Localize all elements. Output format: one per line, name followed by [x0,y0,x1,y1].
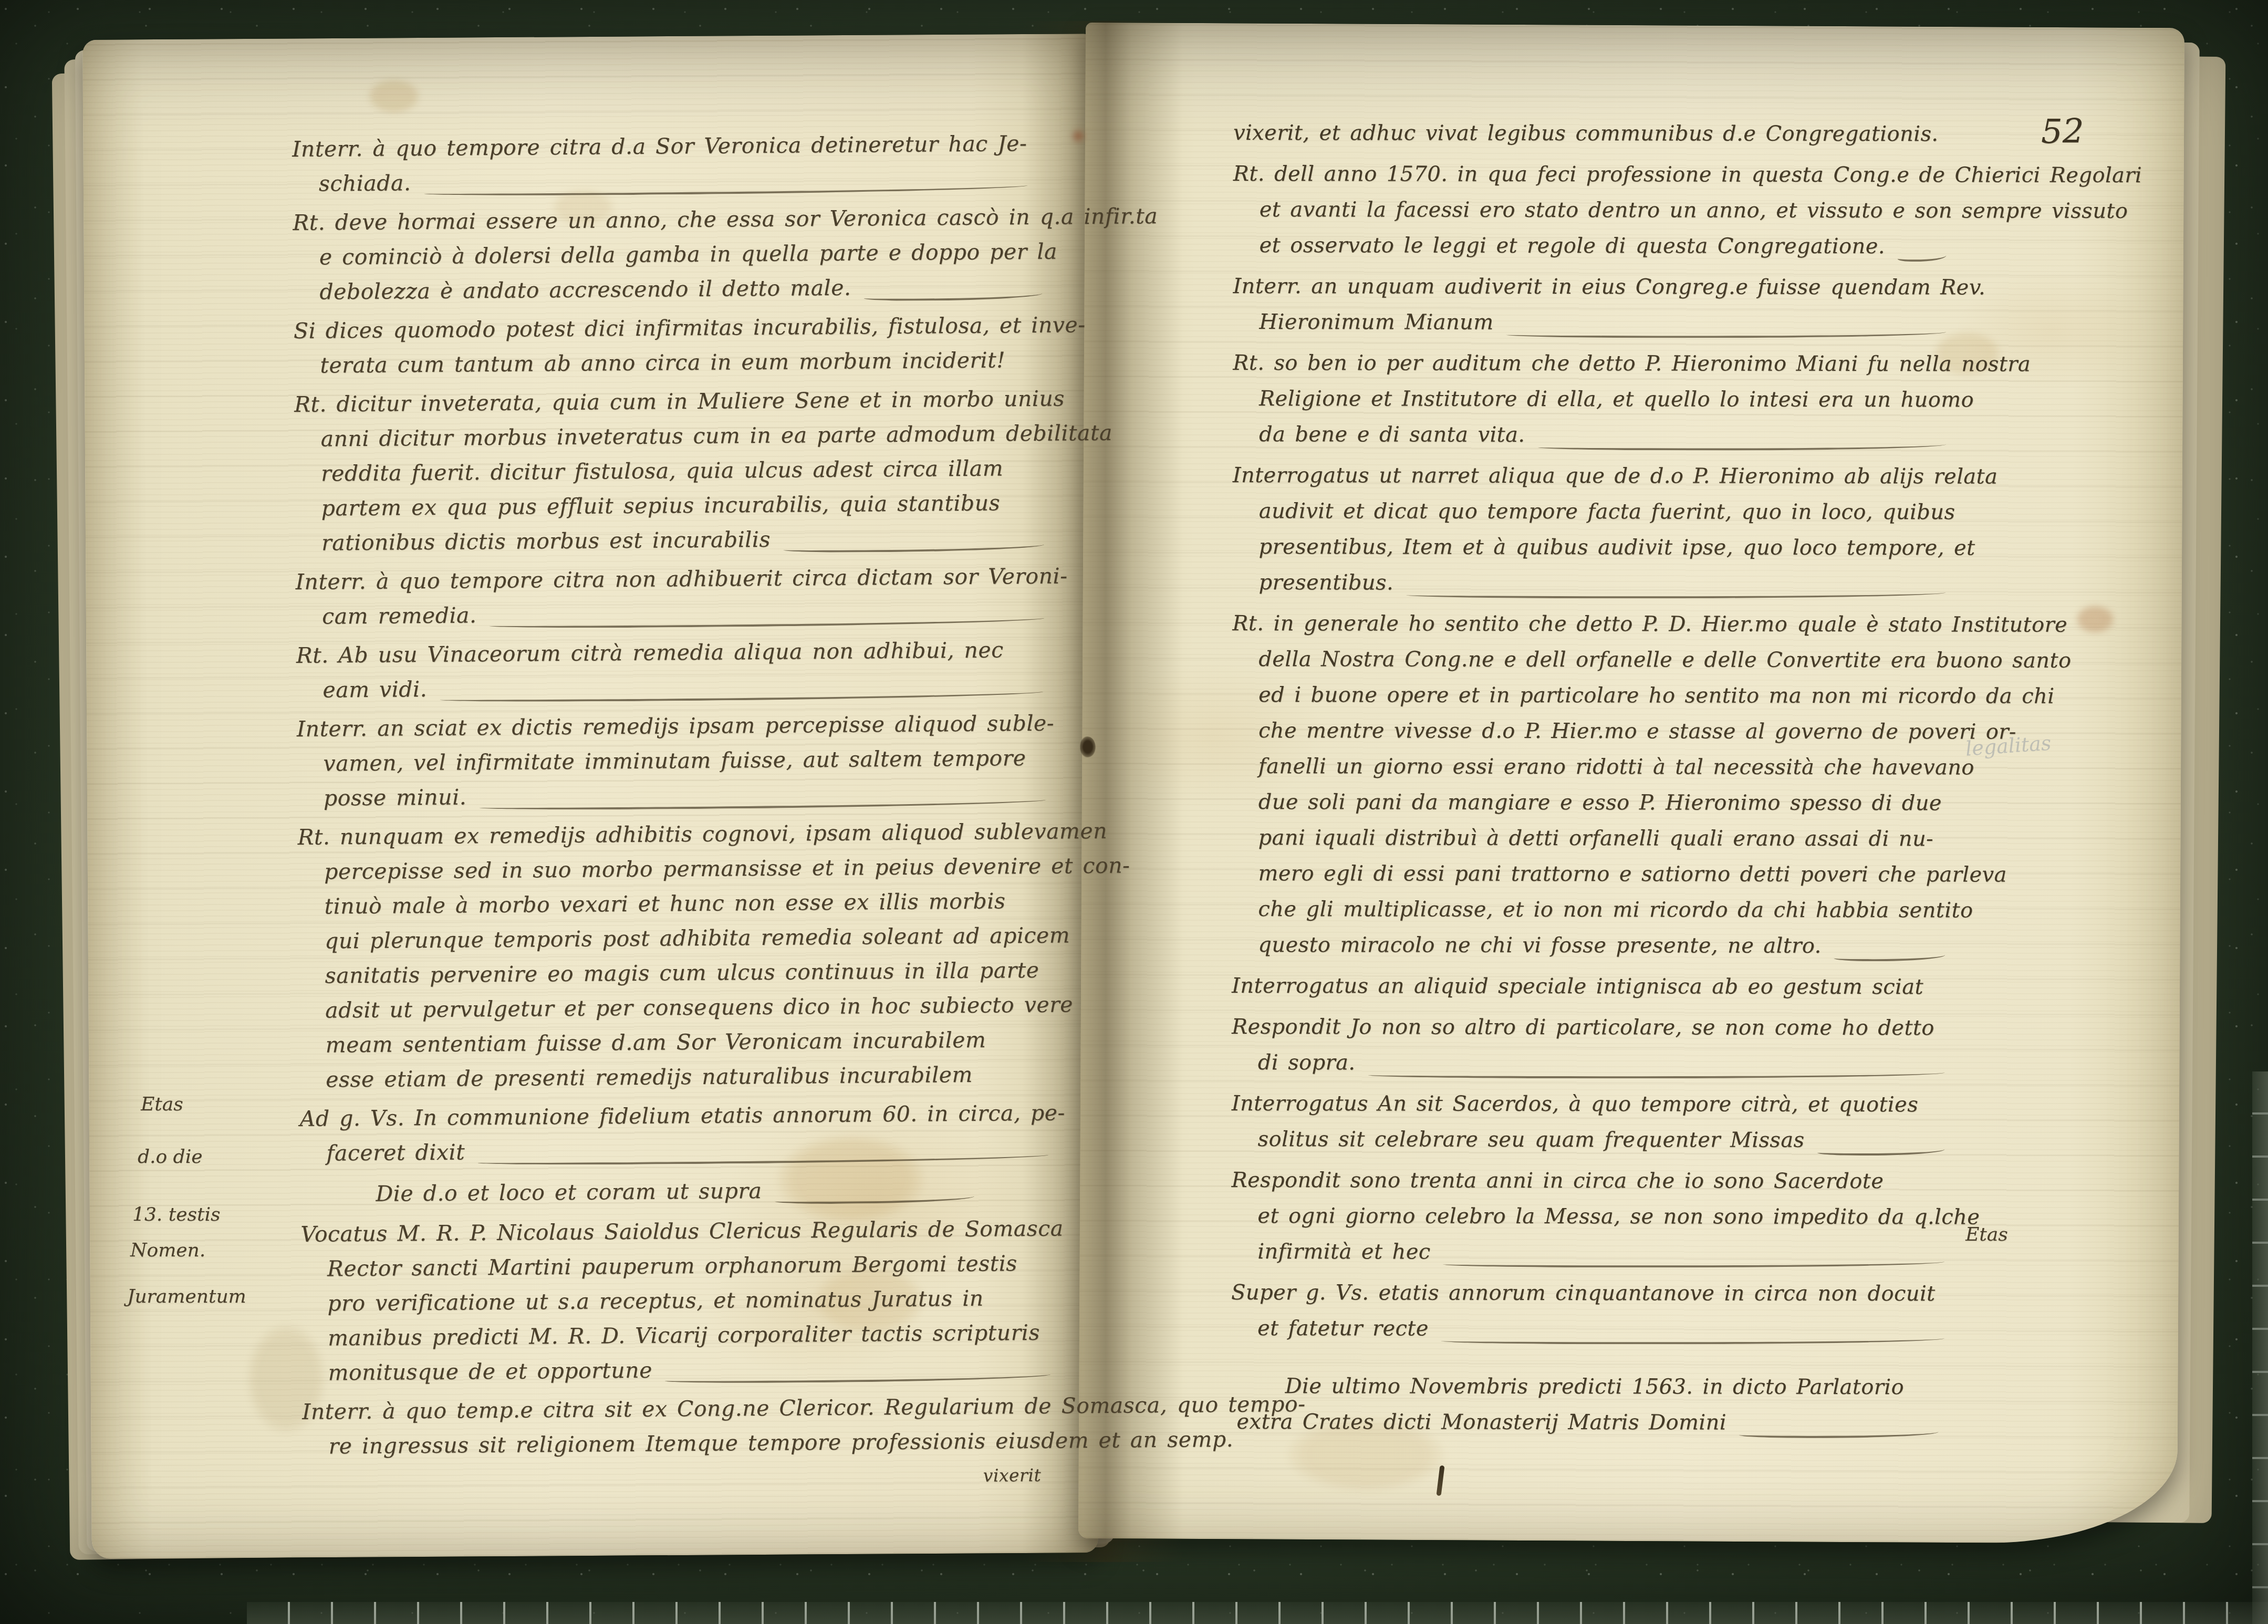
flourish-rule [1406,588,1946,599]
manuscript-line: Ad g. Vs. In communione fidelium etatis … [300,1100,1063,1141]
manuscript-line: Rt. nunquam ex remedijs adhibitis cognov… [297,819,1060,859]
manuscript-line: Die ultimo Novembris predicti 1563. in d… [1231,1374,1958,1411]
manuscript-line: Rt. dell anno 1570. in qua feci professi… [1233,162,1960,199]
manuscript-line-text: Respondit sono trenta anni in circa che … [1231,1168,1884,1193]
manuscript-line: sanitatis pervenire eo magis cum ulcus c… [298,957,1061,998]
manuscript-line-text: Vocatus M. R. P. Nicolaus Saioldus Cleri… [300,1216,1064,1247]
left-margin-note: d.o die [138,1146,202,1168]
manuscript-line: presentibus. [1232,570,1959,607]
manuscript-line: Vocatus M. R. P. Nicolaus Saioldus Cleri… [300,1216,1063,1256]
flourish-rule [783,540,1044,553]
flourish-rule [774,1192,974,1204]
manuscript-line: fanelli un giorno essi erano ridotti à t… [1232,754,1959,791]
manuscript-line-text: manibus predicti M. R. D. Vicarij corpor… [328,1320,1040,1351]
manuscript-line-text: Interr. à quo tempore citra d.a Sor Vero… [292,131,1027,162]
manuscript-line-text: Interrogatus ut narret aliqua que de d.o… [1233,463,1998,489]
manuscript-line: infirmità et hec [1231,1240,1958,1276]
manuscript-line-text: Hieronimum Mianum [1259,310,1493,335]
manuscript-line: esse etiam de presenti remedijs naturali… [299,1061,1062,1102]
manuscript-line-text: et fatetur recte [1257,1316,1429,1341]
flourish-rule [1441,1334,1944,1345]
manuscript-line-text: da bene e di santa vita. [1259,422,1525,447]
manuscript-line: Rt. deve hormai essere un anno, che essa… [293,204,1055,245]
left-margin-note: Juramentum [127,1286,246,1307]
manuscript-line: et avanti la facessi ero stato dentro un… [1233,197,1960,234]
manuscript-line: Rt. so ben io per auditum che detto P. H… [1233,351,1960,388]
manuscript-line: tinuò male à morbo vexari et hunc non es… [298,888,1060,929]
manuscript-line-text: questo miracolo ne chi vi fosse presente… [1258,933,1822,958]
manuscript-line-text: rationibus dictis morbus est incurabilis [321,527,771,556]
manuscript-line: cam remedia. [296,598,1058,639]
manuscript-line-text: Respondit Jo non so altro di particolare… [1232,1015,1934,1040]
manuscript-line: partem ex qua pus effluit sepius incurab… [295,490,1057,530]
flourish-rule [863,289,1042,301]
right-page-text: vixerit, et adhuc vivat legibus communib… [1231,116,1960,1446]
manuscript-line-text: Rt. dicitur inveterata, quia cum in Muli… [294,386,1065,417]
manuscript-line-text: presentibus, Item et à quibus audivit ip… [1259,535,1975,560]
manuscript-line-text: reddita fuerit. dicitur fistulosa, quia … [321,455,1003,486]
manuscript-line-text: Die ultimo Novembris predicti 1563. in d… [1285,1374,1904,1399]
manuscript-line: schiada. [293,165,1055,206]
manuscript-line: Rt. in generale ho sentito che detto P. … [1232,611,1959,648]
manuscript-line-text: vamen, vel infirmitate imminutam fuisse,… [323,745,1026,776]
manuscript-line-text: qui plerunque temporis post adhibita rem… [325,922,1070,953]
manuscript-line: Si dices quomodo potest dici infirmitas … [294,313,1056,353]
manuscript-line: Interrogatus An sit Sacerdos, à quo temp… [1232,1091,1959,1128]
manuscript-line-text: Ad g. Vs. In communione fidelium etatis … [300,1100,1065,1131]
manuscript-line: Interrogatus an aliquid speciale intigni… [1232,974,1959,1011]
manuscript-line: vamen, vel infirmitate imminutam fuisse,… [297,745,1059,786]
manuscript-line: percepisse sed in suo morbo permansisse … [298,853,1060,894]
manuscript-line: faceret dixit [300,1135,1063,1175]
manuscript-line-text: Rt. in generale ho sentito che detto P. … [1232,611,2067,637]
manuscript-line-text: che gli multiplicasse, et io non mi rico… [1258,897,1973,922]
manuscript-line: terata cum tantum ab anno circa in eum m… [294,347,1056,388]
manuscript-line: monitusque de et opportune [301,1355,1064,1395]
manuscript-line: Religione et Institutore di ella, et que… [1233,387,1960,423]
flourish-rule [1443,1257,1945,1268]
manuscript-line: Interr. an unquam audiverit in eius Cong… [1233,274,1960,311]
manuscript-line-text: pro verificatione ut s.a receptus, et no… [327,1286,984,1316]
manuscript-line-text: audivit et dicat quo tempore facta fueri… [1259,499,1955,524]
flourish-rule [479,796,1046,810]
right-margin-note: Etas [1965,1224,2008,1245]
manuscript-line: et ogni giorno celebro la Messa, se non … [1231,1204,1958,1241]
manuscript-line-text: esse etiam de presenti remedijs naturali… [326,1062,973,1092]
flourish-rule [665,1370,1051,1384]
bottom-measuring-scale [247,1602,2268,1624]
manuscript-line-text: mero egli di essi pani trattorno e satio… [1258,861,2006,887]
flourish-rule [477,1151,1049,1166]
manuscript-line-text: Super g. Vs. etatis annorum cinquantanov… [1231,1281,1936,1306]
manuscript-photo: Interr. à quo tempore citra d.a Sor Vero… [0,0,2268,1624]
manuscript-line: che gli multiplicasse, et io non mi rico… [1232,897,1959,934]
manuscript-line-text: ed i buone opere et in particolare ho se… [1258,683,2054,709]
manuscript-line: meam sententiam fuisse d.am Sor Veronica… [299,1027,1062,1067]
manuscript-line: manibus predicti M. R. D. Vicarij corpor… [301,1320,1064,1360]
manuscript-line-text: et ogni giorno celebro la Messa, se non … [1257,1204,1980,1229]
manuscript-line: e cominciò à dolersi della gamba in quel… [293,239,1056,279]
manuscript-line: pro verificatione ut s.a receptus, et no… [301,1285,1064,1326]
manuscript-line: audivit et dicat quo tempore facta fueri… [1233,499,1960,536]
manuscript-line: solitus sit celebrare seu quam frequente… [1232,1127,1959,1164]
manuscript-line-text: Interr. à quo tempore citra non adhibuer… [296,563,1068,595]
manuscript-line-text: partem ex qua pus effluit sepius incurab… [321,490,1000,520]
manuscript-line: Interr. à quo tempore citra non adhibuer… [296,564,1058,604]
manuscript-line-text: extra Crates dicti Monasterij Matris Dom… [1236,1410,1726,1435]
manuscript-line: Respondit Jo non so altro di particolare… [1232,1015,1959,1052]
manuscript-line: da bene e di santa vita. [1233,422,1960,459]
manuscript-line-text: vixerit, et adhuc vivat legibus communib… [1233,121,1939,146]
manuscript-line-text: e cominciò à dolersi della gamba in quel… [319,239,1057,270]
manuscript-line-text: Interr. an sciat ex dictis remedijs ipsa… [297,711,1054,742]
manuscript-line: extra Crates dicti Monasterij Matris Dom… [1231,1410,1958,1446]
manuscript-line-text: Si dices quomodo potest dici infirmitas … [294,312,1086,343]
manuscript-line-text: Religione et Institutore di ella, et que… [1259,387,1974,412]
manuscript-line-text: monitusque de et opportune [328,1358,652,1386]
manuscript-line-text: presentibus. [1258,570,1393,595]
left-margin-note: Etas [141,1094,183,1115]
manuscript-line: che mentre vivesse d.o P. Hier.mo e stas… [1232,719,1959,755]
flourish-rule [440,688,1044,703]
manuscript-line-text: fanelli un giorno essi erano ridotti à t… [1258,754,1974,779]
manuscript-line: Respondit sono trenta anni in circa che … [1231,1168,1958,1205]
flourish-rule [1506,327,1947,338]
manuscript-line-text: di sopra. [1258,1050,1356,1075]
left-margin-note: 13. testis [132,1204,220,1225]
manuscript-line: Super g. Vs. etatis annorum cinquantanov… [1231,1281,1958,1317]
manuscript-line: re ingressus sit religionem Itemque temp… [302,1428,1065,1469]
manuscript-line-text: Rt. so ben io per auditum che detto P. H… [1233,351,2031,377]
right-measuring-scale [2252,1071,2268,1624]
manuscript-line: eam vidi. [296,672,1059,712]
manuscript-line: rationibus dictis morbus est incurabilis [295,525,1058,565]
manuscript-line-text: Die d.o et loco et coram ut supra [376,1178,762,1206]
manuscript-line: Rector sancti Martini pauperum orphanoru… [301,1251,1064,1291]
manuscript-line: ed i buone opere et in particolare ho se… [1232,683,1959,720]
manuscript-line-text: che mentre vivesse d.o P. Hier.mo e stas… [1258,719,2016,744]
flourish-rule [1834,951,1946,961]
manuscript-line-text: Rt. nunquam ex remedijs adhibitis cognov… [297,818,1107,850]
manuscript-line-text: cam remedia. [322,602,477,629]
manuscript-line: pani iquali distribuì à detti orfanelli … [1232,826,1959,862]
manuscript-line-text: due soli pani da mangiare e esso P. Hier… [1258,790,1942,815]
manuscript-line: Hieronimum Mianum [1233,310,1960,347]
manuscript-line-text: della Nostra Cong.ne e dell orfanelle e … [1258,647,2071,673]
manuscript-line-text: faceret dixit [326,1139,465,1165]
left-page-text: Interr. à quo tempore citra d.a Sor Vero… [292,127,1065,1498]
manuscript-line-text: pani iquali distribuì à detti orfanelli … [1258,826,1934,851]
manuscript-line-text: schiada. [319,170,411,196]
flourish-rule [1537,440,1946,451]
manuscript-line-text: Rt. dell anno 1570. in qua feci professi… [1233,162,2142,188]
manuscript-line-text: Interrogatus an aliquid speciale intigni… [1232,974,1923,999]
manuscript-line-text: adsit ut pervulgetur et per consequens d… [325,992,1073,1023]
flourish-rule [1368,1067,1944,1079]
manuscript-line: et fatetur recte [1231,1316,1958,1353]
manuscript-line: Interr. an sciat ex dictis remedijs ipsa… [297,711,1059,751]
ink-blot [1080,736,1096,757]
manuscript-line: Interrogatus ut narret aliqua que de d.o… [1233,463,1960,500]
manuscript-line-text: et avanti la facessi ero stato dentro un… [1260,197,2128,223]
flourish-rule [1739,1428,1939,1439]
manuscript-line: posse minui. [297,780,1060,820]
manuscript-line-text: sanitatis pervenire eo magis cum ulcus c… [325,957,1039,988]
manuscript-line-text: Interrogatus An sit Sacerdos, à quo temp… [1232,1091,1918,1117]
flourish-rule [1898,251,1947,262]
flourish-rule [423,181,1027,196]
manuscript-line: Rt. dicitur inveterata, quia cum in Muli… [294,386,1057,426]
manuscript-line-text: Interr. an unquam audiverit in eius Cong… [1233,274,1985,300]
manuscript-line-text: meam sententiam fuisse d.am Sor Veronica… [325,1027,986,1058]
manuscript-line-text: et osservato le leggi et regole di quest… [1260,233,1885,258]
manuscript-line: della Nostra Cong.ne e dell orfanelle e … [1232,647,1959,684]
manuscript-line: mero egli di essi pani trattorno e satio… [1232,861,1959,898]
manuscript-line: questo miracolo ne chi vi fosse presente… [1232,933,1959,970]
manuscript-line-text: terata cum tantum ab anno circa in eum m… [320,347,1005,378]
manuscript-line: reddita fuerit. dicitur fistulosa, quia … [295,455,1057,496]
manuscript-line: debolezza è andato accrescendo il detto … [293,274,1056,314]
flourish-rule [489,614,1045,629]
manuscript-line-text: infirmità et hec [1257,1240,1430,1264]
manuscript-line: due soli pani da mangiare e esso P. Hier… [1232,790,1959,827]
manuscript-line: adsit ut pervulgetur et per consequens d… [299,992,1062,1033]
manuscript-line: Rt. Ab usu Vinaceorum citrà remedia aliq… [296,637,1059,678]
manuscript-line-text: posse minui. [324,784,467,810]
manuscript-line: vixerit, et adhuc vivat legibus communib… [1233,121,1960,158]
manuscript-line-text: Rector sancti Martini pauperum orphanoru… [327,1251,1017,1281]
manuscript-line-text: tinuò male à morbo vexari et hunc non es… [324,888,1005,919]
left-margin-note: Nomen. [130,1240,205,1261]
manuscript-line: di sopra. [1232,1050,1959,1087]
manuscript-line: Die d.o et loco et coram ut supra [300,1176,1063,1216]
manuscript-line: presentibus, Item et à quibus audivit ip… [1232,535,1959,571]
manuscript-line: et osservato le leggi et regole di quest… [1233,233,1960,270]
manuscript-line: qui plerunque temporis post adhibita rem… [298,923,1061,963]
manuscript-line-text: vixerit [983,1465,1042,1486]
folio-number: 52 [2041,112,2084,151]
manuscript-line: Interr. à quo temp.e citra sit ex Cong.n… [302,1393,1065,1434]
manuscript-line-text: solitus sit celebrare seu quam frequente… [1258,1127,1805,1152]
manuscript-line: Interr. à quo tempore citra d.a Sor Vero… [292,131,1055,171]
manuscript-line-text: Rt. deve hormai essere un anno, che essa… [293,203,1158,235]
flourish-rule [1817,1145,1944,1155]
manuscript-line: anni dicitur morbus inveteratus cum in e… [294,421,1057,461]
manuscript-line-text: Rt. Ab usu Vinaceorum citrà remedia aliq… [296,637,1004,668]
manuscript-line-text: eam vidi. [322,676,427,703]
manuscript-line-text: debolezza è andato accrescendo il detto … [319,275,851,305]
